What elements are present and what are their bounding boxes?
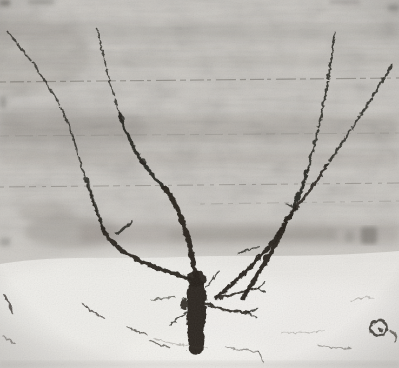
photo-canvas: [0, 0, 399, 368]
photograph: [0, 0, 399, 368]
bottom-edge-shade: [0, 361, 399, 368]
